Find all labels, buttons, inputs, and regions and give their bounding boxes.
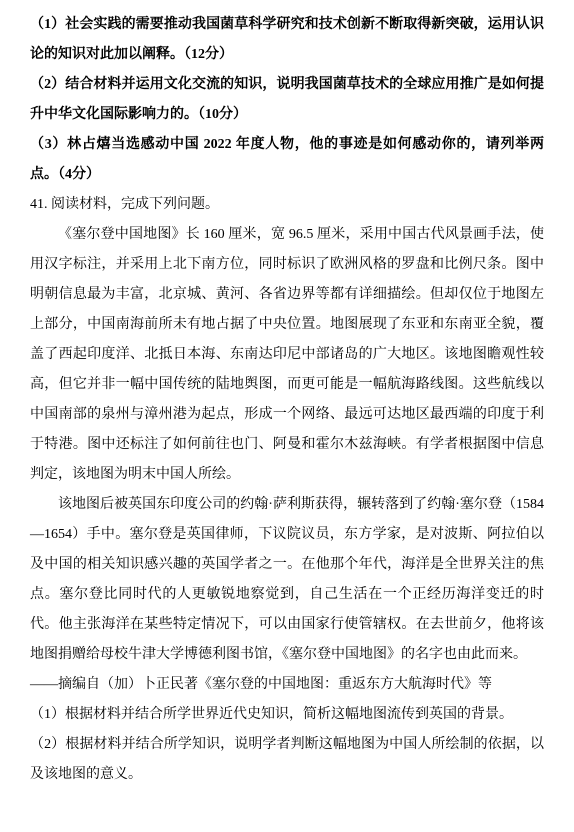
material-paragraph-2: 该地图后被英国东印度公司的约翰·萨利斯获得，辗转落到了约翰·塞尔登（1584—1…: [30, 490, 544, 670]
politics-question-2: （2）结合材料并运用文化交流的知识，说明我国菌草技术的全球应用推广是如何提升中华…: [30, 70, 544, 130]
exam-paper-page: （1）社会实践的需要推动我国菌草科学研究和技术创新不断取得新突破，运用认识论的知…: [0, 0, 574, 832]
sub-question-2: （2）根据材料并结合所学知识，说明学者判断这幅地图为中国人所绘制的依据，以及该地…: [30, 730, 544, 790]
question-41-header: 41. 阅读材料，完成下列问题。: [30, 190, 544, 220]
politics-question-3: （3）林占熺当选感动中国 2022 年度人物，他的事迹是如何感动你的，请列举两点…: [30, 130, 544, 190]
politics-question-1: （1）社会实践的需要推动我国菌草科学研究和技术创新不断取得新突破，运用认识论的知…: [30, 10, 544, 70]
sub-question-1: （1）根据材料并结合所学世界近代史知识，简析这幅地图流传到英国的背景。: [30, 700, 544, 730]
material-paragraph-1: 《塞尔登中国地图》长 160 厘米，宽 96.5 厘米，采用中国古代风景画手法，…: [30, 220, 544, 490]
source-attribution: ——摘编自（加）卜正民著《塞尔登的中国地图：重返东方大航海时代》等: [30, 670, 544, 700]
